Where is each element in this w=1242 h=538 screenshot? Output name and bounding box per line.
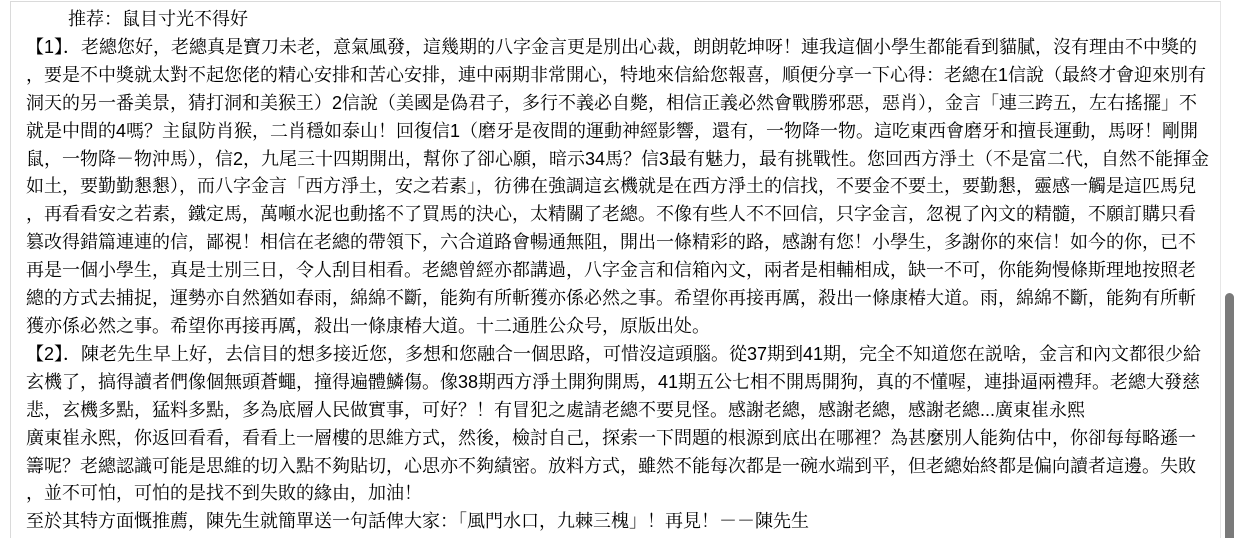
letter-paragraph-3: 廣東崔永熙，你返回看看，看看上一層樓的思維方式，然後，檢討自己，探索一下問題的根… [26,425,1212,509]
letters-page: 推荐：鼠目寸光不得好 【1】．老總您好，老總真是寶刀未老，意氣風發，這幾期的八字… [0,0,1242,538]
letter-paragraph-4: 至於其特方面慨推薦，陳先生就簡單送一句話俾大家：「風門水口，九棘三槐」！再見！－… [26,508,1212,536]
letter-content-cell: 推荐：鼠目寸光不得好 【1】．老總您好，老總真是寶刀未老，意氣風發，這幾期的八字… [10,1,1221,538]
scrollbar-thumb[interactable] [1225,293,1234,538]
letter-paragraph-2: 【2】．陳老先生早上好，去信目的想多接近您，多想和您融合一個思路，可惜沒這頭腦。… [26,341,1212,425]
letter-paragraph-1: 【1】．老總您好，老總真是寶刀未老，意氣風發，這幾期的八字金言更是別出心裁，朗朗… [26,34,1212,341]
recommendation-line: 推荐：鼠目寸光不得好 [26,6,1212,34]
